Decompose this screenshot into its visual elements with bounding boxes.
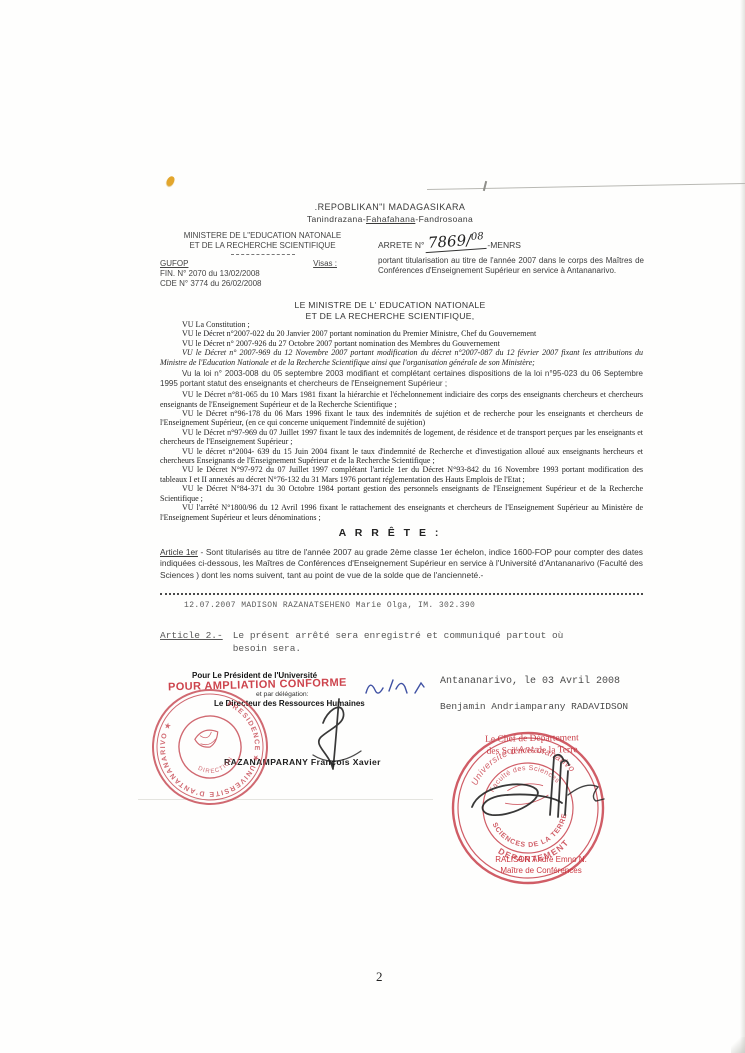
handwritten-annotation <box>363 673 433 701</box>
gufop-label: GUFOP <box>160 259 188 269</box>
visas-label: Visas : <box>313 259 337 269</box>
scan-crease-line <box>427 183 745 190</box>
dash-separator <box>231 253 295 255</box>
page-number: 2 <box>376 969 383 985</box>
scan-corner-shadow <box>731 1037 745 1053</box>
article-1-label: Article 1er <box>160 547 198 557</box>
cde-number: CDE N° 3774 du 26/02/2008 <box>160 279 365 289</box>
department-head-signature <box>462 745 612 860</box>
arrete-reference-block: ARRETE N°7869/08-MENRS portant titularis… <box>378 234 644 276</box>
approved-name: RALISON André Emno N. <box>466 855 616 866</box>
dotted-separator <box>160 591 643 595</box>
republic-name: .REPOBLIKAN"I MADAGASIKARA <box>215 202 565 212</box>
vu-item: VU le Décret n° 2007-926 du 27 Octobre 2… <box>160 339 643 348</box>
arrete-heading: A R R Ê T E : <box>240 527 540 539</box>
arrete-number-line: ARRETE N°7869/08-MENRS <box>378 234 644 253</box>
article-2: Article 2.- Le présent arrêté sera enreg… <box>160 629 620 655</box>
article-1-body: - Sont titularisés au titre de l'année 2… <box>160 547 643 580</box>
national-motto: Tanindrazana-Fahafahana-Fandrosoana <box>215 214 565 224</box>
visa-numbers: FIN. N° 2070 du 13/02/2008 CDE N° 3774 d… <box>160 269 365 289</box>
vu-item: VU La Constitution ; <box>160 320 643 329</box>
article-2-body: Le présent arrêté sera enregistré et com… <box>233 629 588 655</box>
republic-header: .REPOBLIKAN"I MADAGASIKARA Tanindrazana-… <box>215 202 565 224</box>
minister-heading: LE MINISTRE DE L' EDUCATION NATIONALE ET… <box>230 300 550 321</box>
recitals-block: VU La Constitution ; VU le Décret n°2007… <box>160 320 643 522</box>
vu-item: VU le Décret N°84-371 du 30 Octobre 1984… <box>160 484 643 503</box>
vu-item: Vu la loi n° 2003-008 du 05 septembre 20… <box>160 369 643 388</box>
vu-item: VU le décret n°2004- 639 du 15 Juin 2004… <box>160 447 643 466</box>
ministry-line1: MINISTERE DE L"EDUCATION NATONALE <box>160 231 365 241</box>
svg-text:DIRECTION: DIRECTION <box>195 755 237 780</box>
ministry-line2: ET DE LA RECHERCHE SCIENTIFIQUE <box>160 241 365 251</box>
director-signature <box>283 693 383 778</box>
approved-title: Maître de Conférences <box>466 866 616 877</box>
paper-fleck <box>166 175 176 187</box>
article-1: Article 1er - Sont titularisés au titre … <box>160 547 643 581</box>
vu-item: VU le Décret N°97-972 du 07 Juillet 1997… <box>160 465 643 484</box>
arrete-subject: portant titularisation au titre de l'ann… <box>378 256 644 276</box>
stamp-inner-text: DIRECTION <box>195 755 237 780</box>
vu-item: VU le Décret n°81-065 du 10 Mars 1981 fi… <box>160 390 643 409</box>
article-2-label: Article 2.- <box>160 629 223 655</box>
handwritten-arrete-number: 7869/08 <box>425 230 487 253</box>
vu-item: VU le Décret n°97-969 du 07 Juillet 1997… <box>160 428 643 447</box>
ministry-block: MINISTERE DE L"EDUCATION NATONALE ET DE … <box>160 231 365 289</box>
stamp-emblem <box>193 727 221 751</box>
vu-item: VU le Décret n° 2007-969 du 12 Novembre … <box>160 348 643 367</box>
vu-item: VU le Décret n°2007-022 du 20 Janvier 20… <box>160 329 643 338</box>
approved-by-lines: RALISON André Emno N. Maître de Conféren… <box>466 855 616 876</box>
beneficiary-line: 12.07.2007 MADISON RAZANATSEHENO Marie O… <box>184 601 475 610</box>
minister-name: Benjamin Andriamparany RADAVIDSON <box>440 701 628 712</box>
scan-right-edge <box>740 0 745 1053</box>
fin-number: FIN. N° 2070 du 13/02/2008 <box>160 269 365 279</box>
vu-item: VU le Décret n°96-178 du 06 Mars 1996 fi… <box>160 409 643 428</box>
vu-item: VU l'arrêté N°1800/96 du 12 Avril 1996 f… <box>160 503 643 522</box>
scan-crease-tick <box>483 181 487 191</box>
scanned-document-page: .REPOBLIKAN"I MADAGASIKARA Tanindrazana-… <box>0 0 745 1053</box>
visa-row: GUFOP Visas : <box>160 259 365 269</box>
place-date-line: Antananarivo, le 03 Avril 2008 <box>440 676 620 687</box>
